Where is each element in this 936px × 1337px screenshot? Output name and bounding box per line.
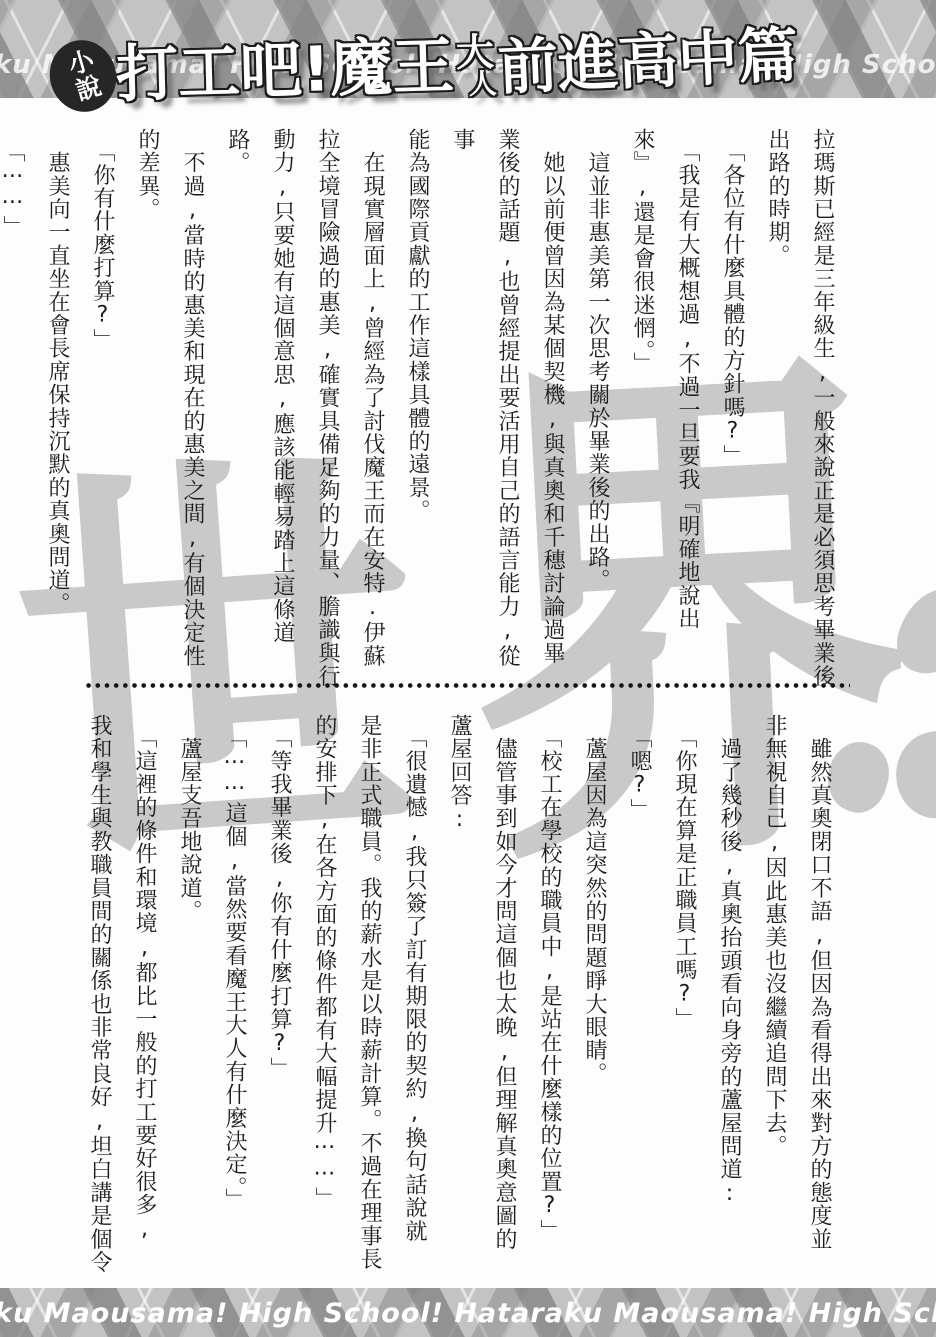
text-column: 的安排下,在各方面的條件都有大幅提升⋯⋯」 bbox=[302, 714, 347, 1282]
text-column: 儘管事到如今才問這個也太晚,但理解真奧意圖的 bbox=[482, 714, 527, 1282]
text-column: 「你有什麼打算?」 bbox=[80, 128, 125, 690]
footer-banner: ku Maousama! High School! Hataraku Maous… bbox=[0, 1288, 936, 1337]
text-column: 「我是有大概想過,不過一旦要我『明確地說出 bbox=[665, 128, 710, 690]
watermark-fragment bbox=[886, 575, 936, 688]
text-column: 來』,還是會很迷惘。」 bbox=[620, 128, 665, 690]
dotted-divider bbox=[84, 683, 850, 688]
text-column: 蘆屋回答: bbox=[437, 714, 482, 1282]
text-column: 動力,只要她有這個意思,應該能輕易踏上這條道路。 bbox=[215, 128, 305, 690]
text-column: 惠美向一直坐在會長席保持沉默的真奧問道。 bbox=[35, 128, 80, 690]
novel-page: ku Maousama! High School! Hataraku Maous… bbox=[0, 0, 936, 1337]
text-column: 「很遺憾,我只簽了訂有期限的契約,換句話說就 bbox=[392, 714, 437, 1282]
text-column: 蘆屋支吾地說道。 bbox=[167, 714, 212, 1282]
text-column: 非無視自己,因此惠美也沒繼續追問下去。 bbox=[752, 714, 797, 1282]
text-column: 「校工在學校的職員中,是站在什麼樣的位置?」 bbox=[527, 714, 572, 1282]
text-column: 「嗯?」 bbox=[617, 714, 662, 1282]
text-column: 「各位有什麼具體的方針嗎?」 bbox=[710, 128, 755, 690]
text-column: 能為國際貢獻的工作這樣具體的遠景。 bbox=[395, 128, 440, 690]
page-title-part2: 大 人 bbox=[457, 33, 497, 93]
text-column: 「等我畢業後,你有什麼打算?」 bbox=[257, 714, 302, 1282]
page-title-part3: 前進高中篇 bbox=[497, 22, 800, 101]
text-column: 這並非惠美第一次思考關於畢業後的出路。 bbox=[575, 128, 620, 690]
text-column: 過了幾秒後,真奧抬頭看向身旁的蘆屋問道: bbox=[707, 714, 752, 1282]
text-column: 「⋯⋯」 bbox=[0, 128, 35, 690]
text-column: 雖然真奧閉口不語,但因為看得出來對方的態度並 bbox=[797, 714, 842, 1282]
footer-banner-text: ku Maousama! High School! Hataraku Maous… bbox=[0, 1298, 936, 1329]
text-column: 在現實層面上,曾經為了討伐魔王而在安特.伊蘇 bbox=[350, 128, 395, 690]
text-column: 是非正式職員。我的薪水是以時薪計算。不過在理事長 bbox=[347, 714, 392, 1282]
page-title-part2-top: 大 bbox=[455, 35, 494, 70]
text-column: 她以前便曾因為某個契機,與真奧和千穗討論過畢 bbox=[530, 128, 575, 690]
text-column: 拉瑪斯已經是三年級生,一般來說正是必須思考畢業後 bbox=[800, 128, 845, 690]
text-column: 不過,當時的惠美和現在的惠美之間,有個決定性 bbox=[170, 128, 215, 690]
text-column: 拉全境冒險過的惠美,確實具備足夠的力量、膽識與行 bbox=[305, 128, 350, 690]
text-column: 「你現在算是正職員工嗎?」 bbox=[662, 714, 707, 1282]
text-column: 出路的時期。 bbox=[755, 128, 800, 690]
text-section-top: 拉瑪斯已經是三年級生,一般來說正是必須思考畢業後 出路的時期。 「各位有什麼具體… bbox=[75, 128, 845, 690]
text-column: 「這裡的條件和環境,都比一般的打工要好很多, bbox=[122, 714, 167, 1282]
series-badge-label: 小說 bbox=[58, 45, 107, 107]
text-column: 的差異。 bbox=[125, 128, 170, 690]
text-section-bottom: 雖然真奧閉口不語,但因為看得出來對方的態度並 非無視自己,因此惠美也沒繼續追問下… bbox=[72, 714, 842, 1282]
text-column: 蘆屋因為這突然的問題睜大眼睛。 bbox=[572, 714, 617, 1282]
page-title-part1: 打工吧!魔王 bbox=[115, 32, 455, 109]
text-column: 「⋯⋯這個,當然要看魔王大人有什麼決定。」 bbox=[212, 714, 257, 1282]
text-column: 我和學生與教職員間的關係也非常良好,坦白講是個令 bbox=[77, 714, 122, 1282]
text-column: 業後的話題,也曾經提出要活用自己的語言能力,從事 bbox=[440, 128, 530, 690]
watermark-fragment bbox=[888, 725, 936, 825]
